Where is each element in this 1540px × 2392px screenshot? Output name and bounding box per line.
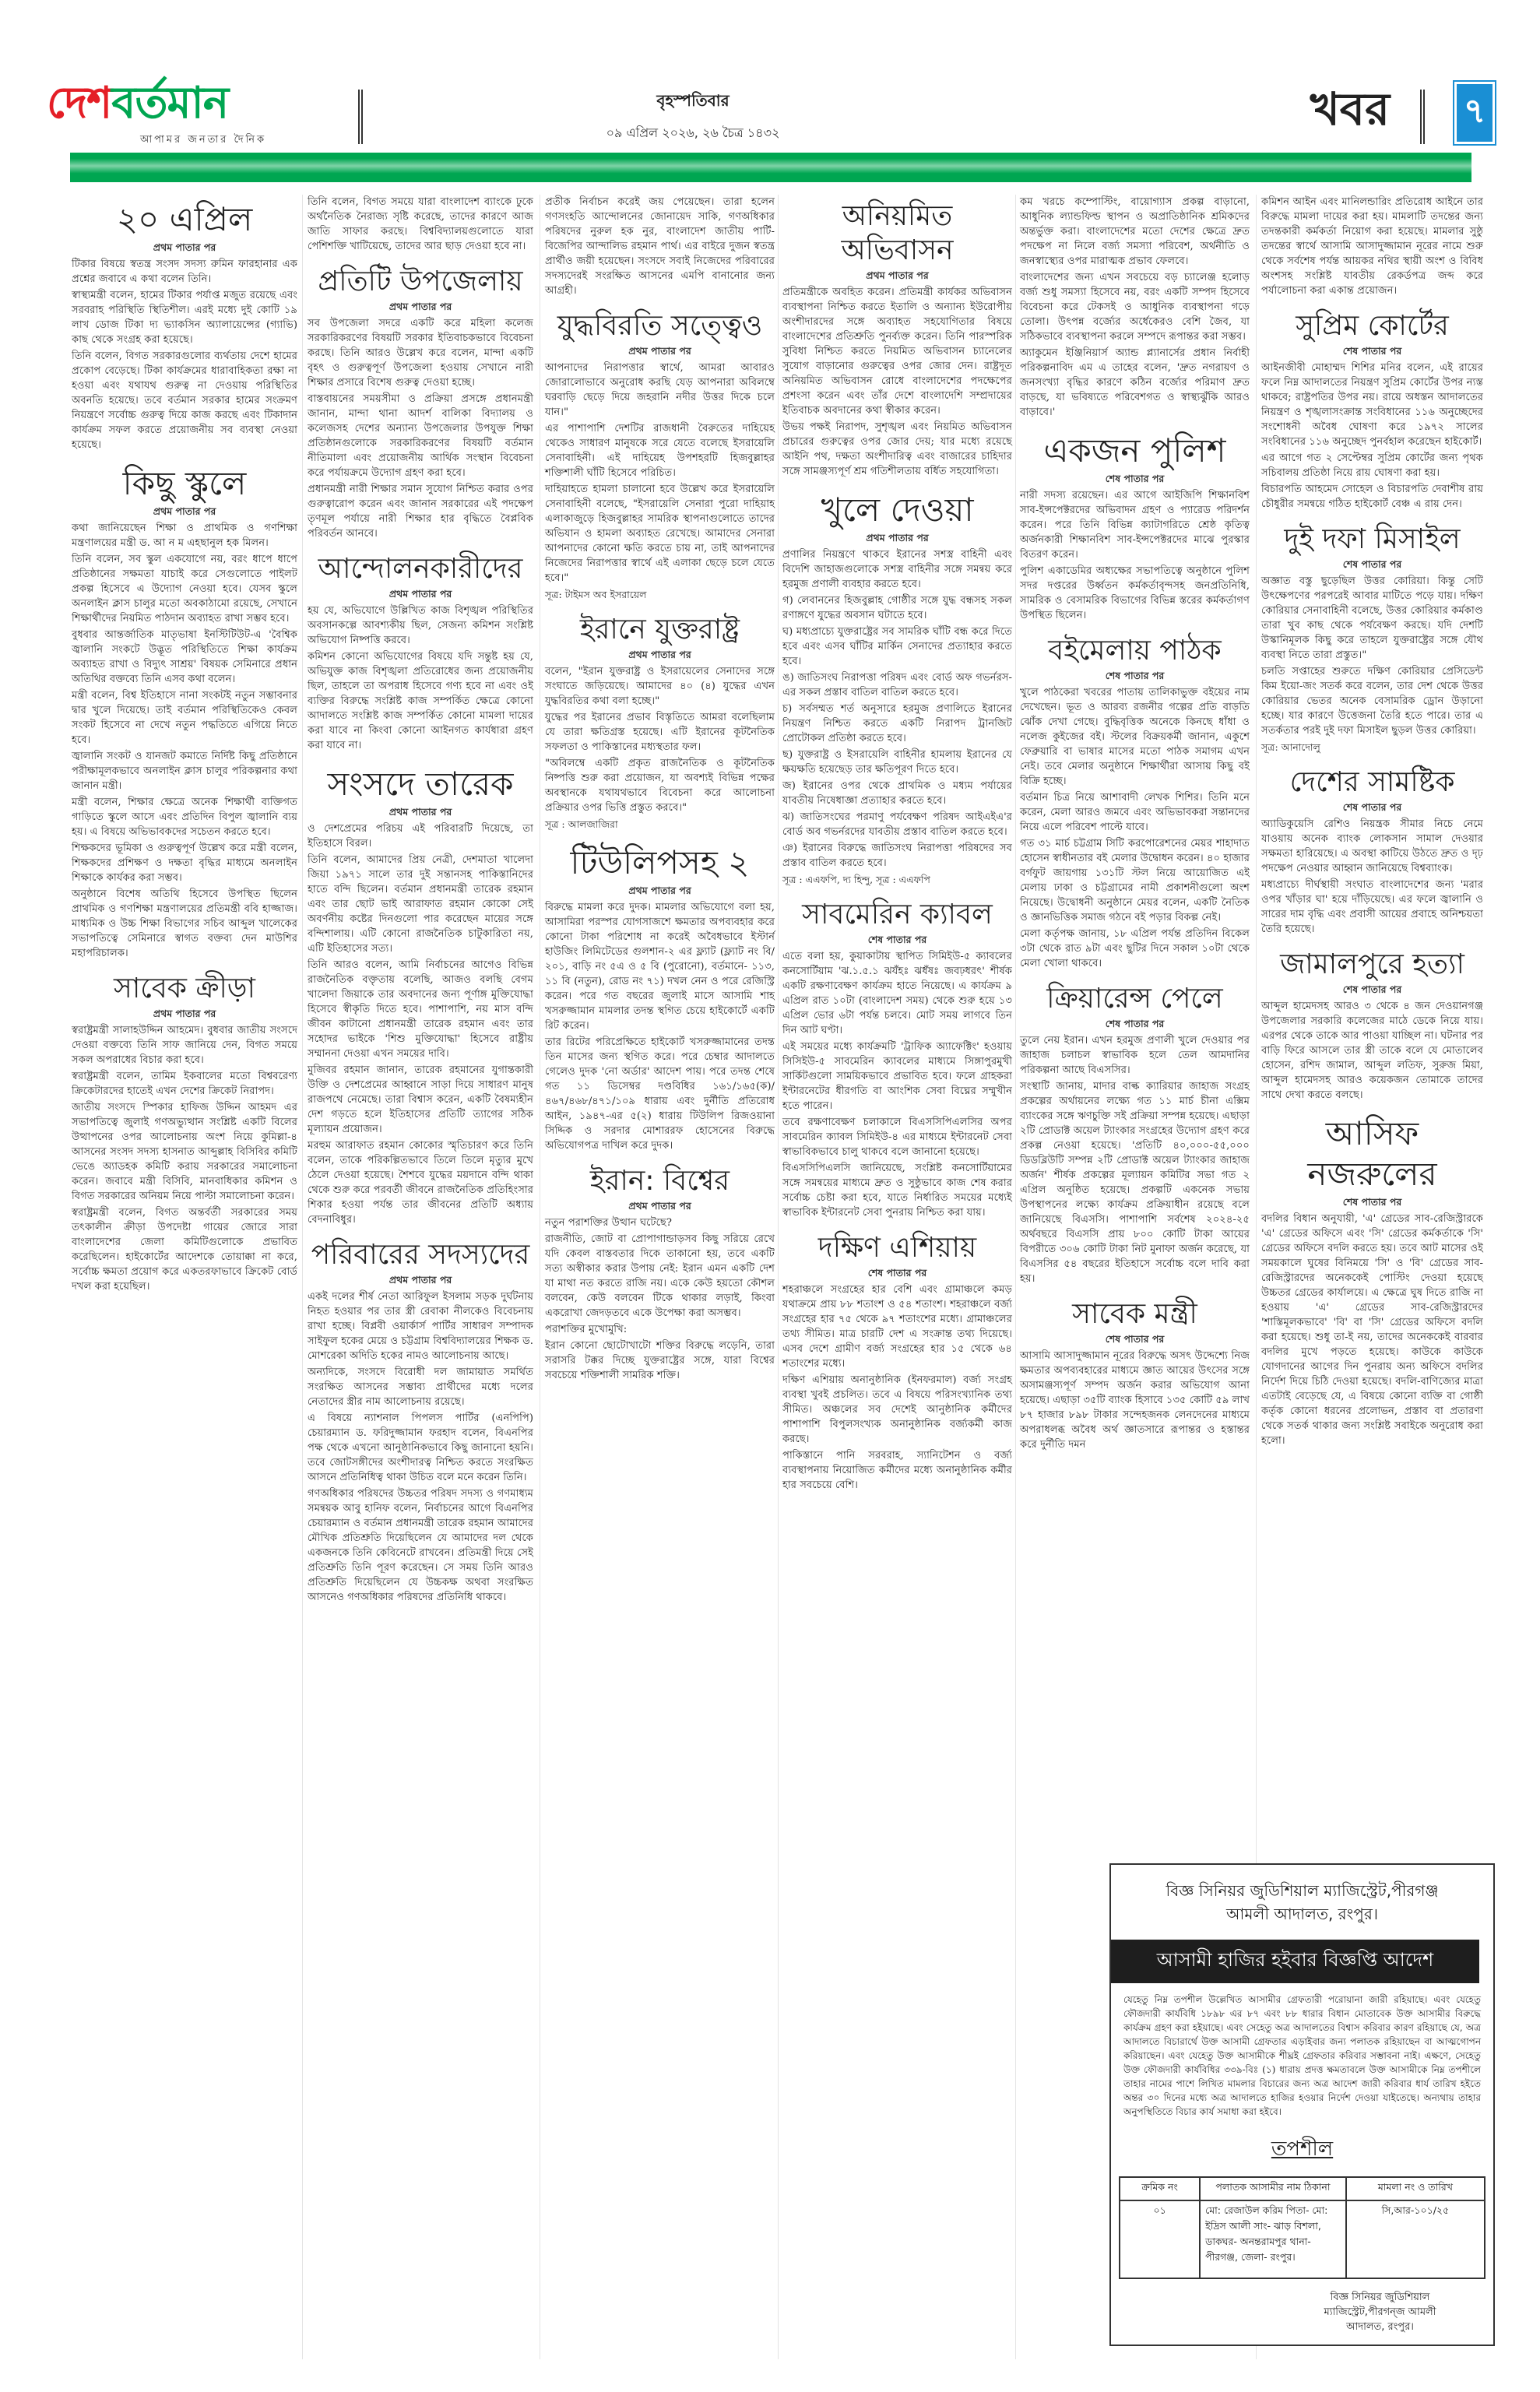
story-source: সূত্র: টাইমস অব ইসরায়েল [545,587,775,602]
paragraph: এর আগে গত ২ সেপ্টেম্বর সুপ্রিম কোর্টের জ… [1261,451,1483,480]
paragraph: তিনি আরও বলেন, আমি নির্বাচনের আগেও বিভিন… [308,958,533,1061]
story-body: স্বরাষ্ট্রমন্ত্রী সালাহউদ্দিন আহমেদ। বুধ… [72,1023,297,1294]
paragraph: ঘ) মধ্যপ্রাচ্যে যুক্তরাষ্ট্রের সব সামরিক… [782,624,1012,669]
paragraph: অন্যদিকে, সংসদে বিরোধী দল জামায়াত সমর্থ… [308,1365,533,1409]
story-source: সূত্র: আনাদোলু [1261,740,1483,755]
paragraph: গ) লেবাননের হিজবুল্লাহ গোষ্ঠীর সঙ্গে যুদ… [782,593,1012,623]
paragraph: স্বাস্থ্যমন্ত্রী বলেন, হামের টিকার পর্যা… [72,288,297,347]
paragraph: প্রণালির নিয়ন্ত্রণে থাকবে ইরানের সশস্ত্… [782,547,1012,592]
story-body: প্রণালির নিয়ন্ত্রণে থাকবে ইরানের সশস্ত্… [782,547,1012,871]
news-story: প্রতীক নির্বাচন করেই জয় পেয়েছেন। তারা … [545,195,775,298]
story-headline[interactable]: সুপ্রিম কোর্টের [1261,309,1483,343]
paragraph: পাকিস্তানে পানি সরবরাহ, স্যানিটেশন ও বর্… [782,1448,1012,1493]
story-body: হয় যে, অভিযোগে উল্লিখিত কাজ বিশৃঙ্খল পর… [308,603,533,753]
paragraph: "অবিলম্বে একটি প্রকৃত রাজনৈতিক ও কূটনৈতি… [545,756,775,815]
news-story: সাবেক মন্ত্রীশেষ পাতার পরআসামি আসাদুজ্জা… [1020,1297,1250,1452]
story-body: শহরাঞ্চলে সংগ্রহের হার বেশি এবং গ্রামাঞ্… [782,1282,1012,1493]
issue-date: ০৯ এপ্রিল ২০২৬, ২৬ চৈত্র ১৪৩২ [529,123,856,144]
story-headline[interactable]: কিছু স্কুলে [72,463,297,504]
paragraph: নারী সদস্য রয়েছেন। এর আগে আইজিপি শিক্ষা… [1020,488,1250,562]
news-story: জামালপুরে হত্যাশেষ পাতার পরআব্দুল হামেদস… [1261,948,1483,1103]
header-band [70,153,1471,182]
continuation-kicker: প্রথম পাতার পর [545,343,775,358]
paragraph: যুদ্ধের পর ইরানের প্রভাব বিস্তৃতিতে আমরা… [545,710,775,755]
story-headline[interactable]: ২০ এপ্রিল [72,199,297,240]
paragraph: চ) সর্বসম্মত শর্ত অনুসারে হরমুজ প্রণালিত… [782,702,1012,746]
paragraph: বুধবার আন্তর্জাতিক মাতৃভাষা ইনস্টিটিউট-এ… [72,628,297,687]
paragraph: বদলির বিধান অনুযায়ী, 'এ' গ্রেডের সাব-রে… [1261,1212,1483,1448]
notice-court-name: বিজ্ঞ সিনিয়র জুডিশিয়াল ম্যাজিস্ট্রেট,প… [1111,1879,1493,1926]
newspaper-logo[interactable]: দেশবর্তমান আপামর জনতার দৈনিক [47,78,358,152]
news-story: ক্রিয়ারেন্স পেলেশেষ পাতার পরতুলে নেয় ই… [1020,982,1250,1286]
paragraph: জ) ইরানের ওপর থেকে প্রাথমিক ও মধ্যম পর্য… [782,779,1012,808]
story-headline[interactable]: পরিবারের সদস্যদের [308,1238,533,1272]
news-story: তিনি বলেন, বিগত সময়ে যারা বাংলাদেশ ব্যা… [308,195,533,254]
story-headline[interactable]: জামালপুরে হত্যা [1261,948,1483,982]
paragraph: জ্বালানি সংকট ও যানজট কমাতে নির্দিষ্ট কি… [72,749,297,793]
story-body: আব্দুল হামেদসহ আরও ৩ থেকে ৪ জন দেওয়ানগঞ… [1261,999,1483,1103]
divider [358,90,363,144]
story-headline[interactable]: অনিয়মিত অভিবাসন [782,199,1012,268]
paragraph: জাতীয় সংসদে স্পিকার হাফিজ উদ্দিন আহমদ এ… [72,1100,297,1204]
story-headline[interactable]: সংসদে তারেক [308,764,533,804]
continuation-kicker: শেষ পাতার পর [1020,1016,1250,1031]
story-body: খুলে পাঠকেরা খবরের পাতায় তালিকাভুক্ত বই… [1020,685,1250,971]
paragraph: পুলিশ একাডেমির অধ্যক্ষের সভাপতিত্বে অনুষ… [1020,564,1250,623]
news-story: সংসদে তারেকপ্রথম পাতার পরও দেশপ্রেমের পর… [308,764,533,1227]
news-story: টিউলিপসহ ২প্রথম পাতার পরবিরুদ্ধে মামলা ক… [545,842,775,1153]
news-story: দেশের সামষ্টিকশেষ পাতার পরঅ্যাডিকুয়েসি … [1261,765,1483,937]
paragraph: বর্তমান চিত্র নিয়ে আশাবাদী লেখক শিশির। … [1020,790,1250,835]
story-headline[interactable]: সাবমেরিন ক্যাবল [782,898,1012,932]
paragraph: অ্যাডিকুয়েসি রেশিও নিয়ন্ত্রক সীমার নিচ… [1261,817,1483,876]
story-source: সূত্র : এএফপি, দ্য হিন্দু, সূত্র : এএফপি [782,872,1012,887]
paragraph: মুজিবর রহমান জানান, তারেক রহমানের যুগান্… [308,1063,533,1137]
story-body: টিকার বিষয়ে স্বতন্ত্র সংসদ সদস্য রুমিন … [72,257,297,452]
column-rule [540,195,540,2359]
paragraph: নতুন পরাশক্তির উত্থান ঘটেছে? [545,1215,775,1230]
story-body: নতুন পরাশক্তির উত্থান ঘটেছে?রাজনীতি, জোট… [545,1215,775,1383]
cell-accused: মো: রেজাউল করিম পিতা- মো: ইদ্রিস আলী সাং… [1200,2200,1346,2278]
story-body: অজ্ঞাত বস্তু ছুড়েছিল উত্তর কোরিয়া। কিন… [1261,574,1483,738]
column-2: তিনি বলেন, বিগত সময়ে যারা বাংলাদেশ ব্যা… [308,195,533,1616]
paragraph: হয় যে, অভিযোগে উল্লিখিত কাজ বিশৃঙ্খল পর… [308,603,533,648]
paragraph: চলতি সপ্তাহের শুরুতে দক্ষিণ কোরিয়ার প্র… [1261,664,1483,738]
weekday: বৃহস্পতিবার [529,90,856,115]
news-story: দুই দফা মিসাইলশেষ পাতার পরঅজ্ঞাত বস্তু ছ… [1261,522,1483,755]
continuation-kicker: শেষ পাতার পর [1020,1331,1250,1346]
court-notice-ad: বিজ্ঞ সিনিয়র জুডিশিয়াল ম্যাজিস্ট্রেট,প… [1109,1863,1495,2346]
story-body: এতে বলা হয়, কুয়াকাটায় স্থাপিত সিমিইউ-… [782,949,1012,1220]
masthead: দেশবর্তমান আপামর জনতার দৈনিক বৃহস্পতিবার… [47,78,1495,152]
story-body: বদলির বিধান অনুযায়ী, 'এ' গ্রেডের সাব-রে… [1261,1212,1483,1448]
col-serial: ক্রমিক নং [1120,2177,1200,2200]
paragraph: স্বরাষ্ট্রমন্ত্রী বলেন, তামিম ইকবালের মত… [72,1069,297,1099]
notice-body: যেহেতু নিম্ন তপশীল উল্লেখিত আসামীর গ্রেফ… [1111,1993,1493,2119]
paragraph: এই সময়ের মধ্যে কার্যক্রমটি 'ট্রাফিক অ্য… [782,1039,1012,1113]
continuation-kicker: প্রথম পাতার পর [72,504,297,519]
column-1: ২০ এপ্রিলপ্রথম পাতার পরটিকার বিষয়ে স্বত… [72,195,297,1305]
story-headline[interactable]: বইমেলায় পাঠক [1020,634,1250,668]
paragraph: ঝ) জাতিসংঘের পরমাণু পর্যবেক্ষণ পরিষদ আইএ… [782,810,1012,839]
col-accused: পলাতক আসামীর নাম ঠিকানা [1200,2177,1346,2200]
paragraph: এর পাশাপাশি দেশটির রাজধানী বৈরুতের দাহিয… [545,421,775,480]
story-body: প্রতিমন্ত্রীকে অবহিত করেন। প্রতিমন্ত্রী … [782,285,1012,479]
story-body: আপনাদের নিরাপত্তার স্বার্থে, আমরা আবারও … [545,361,775,586]
paragraph: গণঅধিকার পরিষদের উচ্চতর পরিষদ সদস্য ও গণ… [308,1486,533,1605]
paragraph: কথা জানিয়েছেন শিক্ষা ও প্রাথমিক ও গণশিক… [72,521,297,551]
continuation-kicker: প্রথম পাতার পর [782,530,1012,545]
schedule-title: তপশীল [1111,2133,1493,2167]
story-body: তুলে নেয় ইরান। এখন হরমুজ প্রণালী খুলে দ… [1020,1033,1250,1286]
logo-tagline: আপামর জনতার দৈনিক [140,132,266,149]
story-body: প্রতীক নির্বাচন করেই জয় পেয়েছেন। তারা … [545,195,775,298]
continuation-kicker: প্রথম পাতার পর [308,804,533,819]
paragraph: আপনাদের নিরাপত্তার স্বার্থে, আমরা আবারও … [545,361,775,420]
news-story: কমিশন আইন এবং মানিলন্ডারিং প্রতিরোধ আইনে… [1261,195,1483,298]
column-5: কম খরচে কম্পোস্টিং, বায়োগ্যাস প্রকল্প ব… [1020,195,1250,1463]
col-case: মামলা নং ও তারিখ [1346,2177,1485,2200]
paragraph: এতে বলা হয়, কুয়াকাটায় স্থাপিত সিমিইউ-… [782,949,1012,1038]
story-body: সব উপজেলা সদরে একটি করে মহিলা কলেজ সরকার… [308,316,533,541]
continuation-kicker: প্রথম পাতার পর [308,1272,533,1287]
column-4: অনিয়মিত অভিবাসনপ্রথম পাতার পরপ্রতিমন্ত্… [782,195,1012,1504]
paragraph: তিনি বলেন, আমাদের প্রিয় নেত্রী, দেশমাতা… [308,853,533,956]
story-body: অ্যাডিকুয়েসি রেশিও নিয়ন্ত্রক সীমার নিচ… [1261,817,1483,937]
story-headline[interactable]: টিউলিপসহ ২ [545,842,775,883]
paragraph: আব্দুল হামেদসহ আরও ৩ থেকে ৪ জন দেওয়ানগঞ… [1261,999,1483,1103]
paragraph: মরহুম আরাফাত রহমান কোকোর স্মৃতিচারণ করে … [308,1138,533,1227]
story-body: কথা জানিয়েছেন শিক্ষা ও প্রাথমিক ও গণশিক… [72,521,297,961]
story-body: ও দেশপ্রেমের পরিচয় এই পরিবারটি দিয়েছে,… [308,821,533,1227]
paragraph: বাস্তবায়নের সময়সীমা ও প্রক্রিয়া প্রসঙ… [308,392,533,480]
signature-line: ম্যাজিস্ট্রেট,পীরগন্জ আমলী [1267,2305,1493,2320]
paragraph: বিচারপতি আহমেদ সোহেল ও বিচারপতি দেবাশীষ … [1261,482,1483,512]
paragraph: বিএসসিপিএলসি জানিয়েছে, সংশ্লিষ্ট কনসোর্… [782,1161,1012,1220]
column-3: প্রতীক নির্বাচন করেই জয় পেয়েছেন। তারা … [545,195,775,1394]
issue-date-block: বৃহস্পতিবার ০৯ এপ্রিল ২০২৬, ২৬ চৈত্র ১৪৩… [529,90,856,144]
column-rule [302,195,303,2359]
news-story: দক্ষিণ এশিয়ায়শেষ পাতার পরশহরাঞ্চলে সংগ… [782,1231,1012,1493]
paragraph: পরাশক্তির মুখোমুখি: [545,1322,775,1337]
paragraph: বলেন, "ইরান যুক্তরাষ্ট্র ও ইসরায়েলের সে… [545,664,775,709]
story-headline[interactable]: সাবেক মন্ত্রী [1020,1297,1250,1331]
paragraph: স্বরাষ্ট্রমন্ত্রী বলেন, বিগত অন্তর্বর্তী… [72,1205,297,1294]
paragraph: ঞ) ইরানের বিরুদ্ধে জাতিসংঘ নিরাপত্তা পরি… [782,841,1012,871]
paragraph: বিরুদ্ধে মামলা করে দুদক। মামলার অভিযোগে … [545,900,775,1033]
story-body: বিরুদ্ধে মামলা করে দুদক। মামলার অভিযোগে … [545,900,775,1153]
logo-part-desh: দেশ [47,78,111,128]
column-6: কমিশন আইন এবং মানিলন্ডারিং প্রতিরোধ আইনে… [1261,195,1483,1459]
story-body: একই দলের শীর্ষ নেতা আরিফুল ইসলাম সড়ক দু… [308,1289,533,1605]
notice-signature: বিজ্ঞ সিনিয়র জুডিশিয়াল ম্যাজিস্ট্রেট,প… [1267,2290,1493,2334]
logo-part-bortoman: বর্তমান [111,78,228,128]
continuation-kicker: প্রথম পাতার পর [782,268,1012,283]
court-line-2: আমলী আদালত, রংপুর। [1111,1902,1493,1926]
paragraph: প্রতিমন্ত্রীকে অবহিত করেন। প্রতিমন্ত্রী … [782,285,1012,418]
news-story: খুলে দেওয়াপ্রথম পাতার পরপ্রণালির নিয়ন্… [782,490,1012,887]
news-story: যুদ্ধবিরতি সত্ত্বেওপ্রথম পাতার পরআপনাদের… [545,309,775,602]
news-story: সাবেক ক্রীড়াপ্রথম পাতার পরস্বরাষ্ট্রমন্… [72,972,297,1294]
paragraph: শহরাঞ্চলে সংগ্রহের হার বেশি এবং গ্রামাঞ্… [782,1282,1012,1371]
continuation-kicker: শেষ পাতার পর [1261,1194,1483,1209]
story-headline[interactable]: দেশের সামষ্টিক [1261,765,1483,800]
story-headline[interactable]: ক্রিয়ারেন্স পেলে [1020,982,1250,1016]
paragraph: একই দলের শীর্ষ নেতা আরিফুল ইসলাম সড়ক দু… [308,1289,533,1363]
paragraph: মধ্যপ্রাচ্যে দীর্ঘস্থায়ী সংঘাত বাংলাদেশ… [1261,878,1483,937]
paragraph: ছ) যুক্তরাষ্ট্র ও ইসরায়েলি বাহিনীর হামল… [782,747,1012,777]
story-headline[interactable]: খুলে দেওয়া [782,490,1012,530]
continuation-kicker: শেষ পাতার পর [1020,668,1250,683]
continuation-kicker: শেষ পাতার পর [1261,982,1483,997]
continuation-kicker: প্রথম পাতার পর [545,883,775,898]
continuation-kicker: প্রথম পাতার পর [72,240,297,255]
table-row: ০১ মো: রেজাউল করিম পিতা- মো: ইদ্রিস আলী … [1120,2200,1485,2278]
news-story: ২০ এপ্রিলপ্রথম পাতার পরটিকার বিষয়ে স্বত… [72,199,297,452]
paragraph: ইরান কোনো ছোটোখাটো শক্তির বিরুদ্ধে লড়েন… [545,1338,775,1383]
paragraph: মন্ত্রী বলেন, শিক্ষার ক্ষেত্রে অনেক শিক্… [72,795,297,839]
story-body: আইনজীবী মোহাম্মদ শিশির মনির বলেন, এই রায… [1261,361,1483,512]
paragraph: শিক্ষকদের ভূমিকা ও গুরুত্বপূর্ণ উল্লেখ ক… [72,841,297,885]
continuation-kicker: শেষ পাতার পর [1261,557,1483,572]
story-headline[interactable]: ইরান: বিশ্বের [545,1164,775,1198]
continuation-kicker: শেষ পাতার পর [782,1265,1012,1280]
story-headline[interactable]: প্রতিটি উপজেলায় [308,265,533,299]
paragraph: কমিশন কোনো অভিযোগের বিষয়ে যদি সন্তুষ্ট … [308,649,533,753]
continuation-kicker: প্রথম পাতার পর [72,1006,297,1021]
news-story: কিছু স্কুলেপ্রথম পাতার পরকথা জানিয়েছেন … [72,463,297,961]
paragraph: খুলে পাঠকেরা খবরের পাতায় তালিকাভুক্ত বই… [1020,685,1250,789]
paragraph: অজ্ঞাত বস্তু ছুড়েছিল উত্তর কোরিয়া। কিন… [1261,574,1483,663]
story-body: আসামি আসাদুজ্জামান নূরের বিরুদ্ধে অসৎ উদ… [1020,1349,1250,1452]
paragraph: অ্যাকুমেন ইঞ্জিনিয়ার্স অ্যান্ড প্ল্যানা… [1020,346,1250,420]
paragraph: অনুষ্ঠানে বিশেষ অতিথি হিসেবে উপস্থিত ছিল… [72,887,297,961]
story-body: কম খরচে কম্পোস্টিং, বায়োগ্যাস প্রকল্প ব… [1020,195,1250,420]
paragraph: দাহিয়াহতে হামলা চালানো হবে উল্লেখ করে ই… [545,482,775,586]
story-headline[interactable]: আন্দোলনকারীদের [308,552,533,586]
story-headline[interactable]: যুদ্ধবিরতি সত্ত্বেও [545,309,775,343]
paragraph: স্বরাষ্ট্রমন্ত্রী সালাহউদ্দিন আহমেদ। বুধ… [72,1023,297,1068]
column-rule [1015,195,1016,2359]
paragraph: মেলা কর্তৃপক্ষ জানায়, ১৮ এপ্রিল পর্যন্ত… [1020,927,1250,971]
paragraph: সব উপজেলা সদরে একটি করে মহিলা কলেজ সরকার… [308,316,533,390]
table-header-row: ক্রমিক নং পলাতক আসামীর নাম ঠিকানা মামলা … [1120,2177,1485,2200]
paragraph: এ বিষয়ে ন্যাশনাল পিপলস পার্টির (এনপিপি)… [308,1411,533,1485]
story-headline[interactable]: সাবেক ক্রীড়া [72,972,297,1006]
paragraph: গত ৩১ মার্চ চট্টগ্রাম সিটি করপোরেশনের মে… [1020,836,1250,925]
story-body: নারী সদস্য রয়েছেন। এর আগে আইজিপি শিক্ষা… [1020,488,1250,623]
news-story: সুপ্রিম কোর্টেরশেষ পাতার পরআইনজীবী মোহাম… [1261,309,1483,512]
continuation-kicker: প্রথম পাতার পর [545,647,775,662]
section-title: খবর [1310,78,1390,140]
page-number-badge: ৭ [1454,82,1495,144]
paragraph: প্রধানমন্ত্রী নারী শিক্ষার সমান সুযোগ নি… [308,482,533,541]
story-headline[interactable]: একজন পুলিশ [1020,431,1250,471]
paragraph: কম খরচে কম্পোস্টিং, বায়োগ্যাস প্রকল্প ব… [1020,195,1250,269]
paragraph: তবে রক্ষণাবেক্ষণ চলাকালে বিএসসিপিএলসির অ… [782,1115,1012,1159]
paragraph: ঙ) জাতিসংঘ নিরাপত্তা পরিষদ এবং বোর্ড অফ … [782,670,1012,700]
news-story: ইরানে যুক্তরাষ্ট্রপ্রথম পাতার পরবলেন, "ই… [545,613,775,832]
story-body: বলেন, "ইরান যুক্তরাষ্ট্র ও ইসরায়েলের সে… [545,664,775,815]
paragraph: কমিশন আইন এবং মানিলন্ডারিং প্রতিরোধ আইনে… [1261,195,1483,298]
continuation-kicker: শেষ পাতার পর [1020,471,1250,486]
cell-serial: ০১ [1120,2200,1200,2278]
story-source: সূত্র : আলজাজিরা [545,817,775,832]
divider [1420,90,1425,144]
paragraph: টিকার বিষয়ে স্বতন্ত্র সংসদ সদস্য রুমিন … [72,257,297,287]
paragraph: তুলে নেয় ইরান। এখন হরমুজ প্রণালী খুলে দ… [1020,1033,1250,1078]
continuation-kicker: শেষ পাতার পর [1261,343,1483,358]
paragraph: মন্ত্রী বলেন, বিশ্ব ইতিহাসে নানা সংকটই ন… [72,688,297,747]
paragraph: সংস্থাটি জানায়, মাদার বাল্ক ক্যারিয়ার … [1020,1079,1250,1286]
signature-line: বিজ্ঞ সিনিয়র জুডিশিয়াল [1267,2290,1493,2305]
signature-line: আদালত, রংপুর। [1267,2320,1493,2334]
continuation-kicker: প্রথম পাতার পর [308,586,533,601]
paragraph: রাজনীতি, জোট বা প্রোপাগান্ডাড়সব কিছু সর… [545,1232,775,1321]
schedule-table: ক্রমিক নং পলাতক আসামীর নাম ঠিকানা মামলা … [1119,2176,1486,2279]
news-story: পরিবারের সদস্যদেরপ্রথম পাতার পরএকই দলের … [308,1238,533,1605]
news-story: ইরান: বিশ্বেরপ্রথম পাতার পরনতুন পরাশক্তি… [545,1164,775,1383]
news-story: প্রতিটি উপজেলায়প্রথম পাতার পরসব উপজেলা … [308,265,533,541]
news-story: সাবমেরিন ক্যাবলশেষ পাতার পরএতে বলা হয়, … [782,898,1012,1220]
continuation-kicker: প্রথম পাতার পর [545,1198,775,1213]
paragraph: দক্ষিণ এশিয়ায় অনানুষ্ঠানিক (ইনফরমাল) ব… [782,1373,1012,1447]
news-story: বইমেলায় পাঠকশেষ পাতার পরখুলে পাঠকেরা খব… [1020,634,1250,971]
continuation-kicker: শেষ পাতার পর [1261,800,1483,814]
story-headline[interactable]: দুই দফা মিসাইল [1261,522,1483,557]
paragraph: বাংলাদেশের জন্য এখন সবচেয়ে বড় চ্যালেঞ্… [1020,270,1250,344]
paragraph: প্রতীক নির্বাচন করেই জয় পেয়েছেন। তারা … [545,195,775,298]
column-rule [778,195,779,2359]
story-body: কমিশন আইন এবং মানিলন্ডারিং প্রতিরোধ আইনে… [1261,195,1483,298]
paragraph: তিনি বলেন, সব স্কুল একযোগে নয়, বরং ধাপে… [72,552,297,626]
news-story: কম খরচে কম্পোস্টিং, বায়োগ্যাস প্রকল্প ব… [1020,195,1250,420]
paragraph: তিনি বলেন, বিগত সময়ে যারা বাংলাদেশ ব্যা… [308,195,533,254]
paragraph: তিনি বলেন, বিগত সরকারগুলোর ব্যর্থতায় দে… [72,349,297,452]
paragraph: ও দেশপ্রেমের পরিচয় এই পরিবারটি দিয়েছে,… [308,821,533,851]
story-headline[interactable]: দক্ষিণ এশিয়ায় [782,1231,1012,1265]
news-story: অনিয়মিত অভিবাসনপ্রথম পাতার পরপ্রতিমন্ত্… [782,199,1012,479]
cell-case: সি,আর-১০১/২৫ [1346,2200,1485,2278]
notice-title: আসামী হাজির হইবার বিজ্ঞপ্তি আদেশ [1111,1940,1479,1983]
story-headline[interactable]: আসিফ নজরুলের [1261,1113,1483,1194]
paragraph: তার রিটের পরিপ্রেক্ষিতে হাইকোর্ট খসরুজ্জ… [545,1035,775,1153]
paragraph: উভয় পক্ষই নিরাপদ, সুশৃঙ্খল এবং নিয়মিত … [782,420,1012,479]
news-story: আসিফ নজরুলেরশেষ পাতার পরবদলির বিধান অনুয… [1261,1113,1483,1448]
story-body: তিনি বলেন, বিগত সময়ে যারা বাংলাদেশ ব্যা… [308,195,533,254]
story-headline[interactable]: ইরানে যুক্তরাষ্ট্র [545,613,775,647]
paragraph: আসামি আসাদুজ্জামান নূরের বিরুদ্ধে অসৎ উদ… [1020,1349,1250,1452]
news-story: একজন পুলিশশেষ পাতার পরনারী সদস্য রয়েছেন… [1020,431,1250,623]
news-story: আন্দোলনকারীদেরপ্রথম পাতার পরহয় যে, অভিয… [308,552,533,753]
court-line-1: বিজ্ঞ সিনিয়র জুডিশিয়াল ম্যাজিস্ট্রেট,প… [1111,1879,1493,1902]
paragraph: আইনজীবী মোহাম্মদ শিশির মনির বলেন, এই রায… [1261,361,1483,449]
continuation-kicker: শেষ পাতার পর [782,932,1012,947]
continuation-kicker: প্রথম পাতার পর [308,299,533,314]
